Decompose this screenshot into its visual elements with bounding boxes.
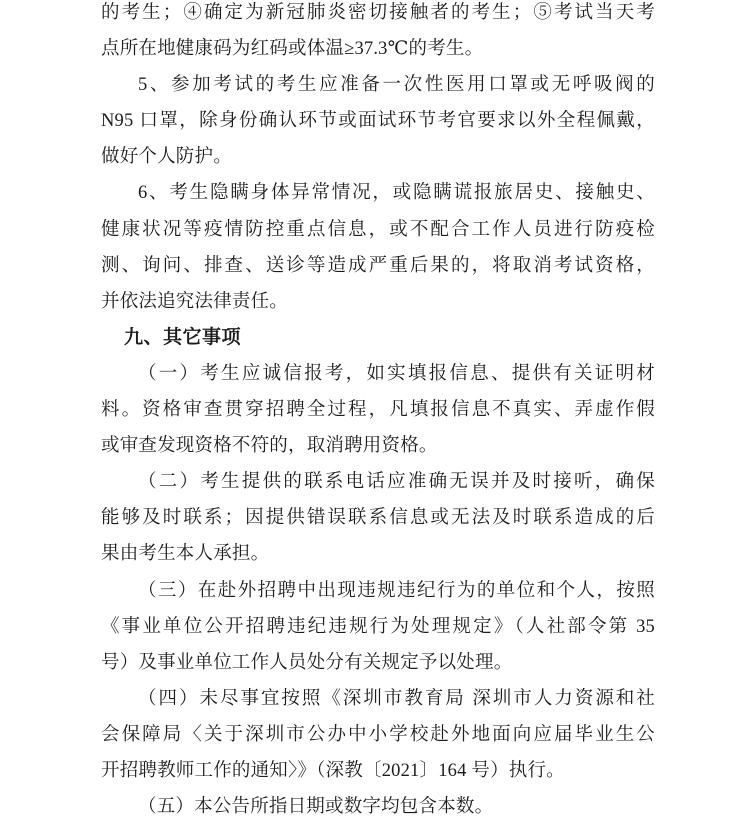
text-line: （三）在赴外招聘中出现违规违纪行为的单位和个人，按照 <box>101 573 655 609</box>
text-line: 并依法追究法律责任。 <box>101 284 655 320</box>
text-line: 能够及时联系；因提供错误联系信息或无法及时联系造成的后 <box>101 500 655 536</box>
text-line: （一）考生应诚信报考，如实填报信息、提供有关证明材 <box>101 356 655 392</box>
text-line: 会保障局〈关于深圳市公办中小学校赴外地面向应届毕业生公 <box>101 717 655 753</box>
text-line: 开招聘教师工作的通知〉》（深教〔2021〕164 号）执行。 <box>101 753 655 789</box>
text-line: 6、考生隐瞒身体异常情况，或隐瞒谎报旅居史、接触史、 <box>101 175 655 211</box>
text-line: 测、询问、排查、送诊等造成严重后果的，将取消考试资格， <box>101 248 655 284</box>
text-line: （四）未尽事宜按照《深圳市教育局 深圳市人力资源和社 <box>101 681 655 717</box>
text-line: 健康状况等疫情防控重点信息，或不配合工作人员进行防疫检 <box>101 212 655 248</box>
text-line: （二）考生提供的联系电话应准确无误并及时接听，确保 <box>101 464 655 500</box>
text-line: 号）及事业单位工作人员处分有关规定予以处理。 <box>101 645 655 681</box>
text-line: 《事业单位公开招聘违纪违规行为处理规定》（人社部令第 35 <box>101 609 655 645</box>
text-line: （五）本公告所指日期或数字均包含本数。 <box>101 789 655 823</box>
text-line: 点所在地健康码为红码或体温≥37.3℃的考生。 <box>101 31 655 67</box>
text-line: N95 口罩，除身份确认环节或面试环节考官要求以外全程佩戴， <box>101 103 655 139</box>
document-page: 的考生；④确定为新冠肺炎密切接触者的考生；⑤考试当天考点所在地健康码为红码或体温… <box>0 0 738 823</box>
text-line: 果由考生本人承担。 <box>101 536 655 572</box>
section-heading: 九、其它事项 <box>101 320 655 356</box>
document-text-block: 的考生；④确定为新冠肺炎密切接触者的考生；⑤考试当天考点所在地健康码为红码或体温… <box>101 0 655 823</box>
text-line: 5、参加考试的考生应准备一次性医用口罩或无呼吸阀的 <box>101 67 655 103</box>
text-line: 料。资格审查贯穿招聘全过程，凡填报信息不真实、弄虚作假 <box>101 392 655 428</box>
text-line: 做好个人防护。 <box>101 139 655 175</box>
text-line: 的考生；④确定为新冠肺炎密切接触者的考生；⑤考试当天考 <box>101 0 655 31</box>
text-line: 或审查发现资格不符的，取消聘用资格。 <box>101 428 655 464</box>
